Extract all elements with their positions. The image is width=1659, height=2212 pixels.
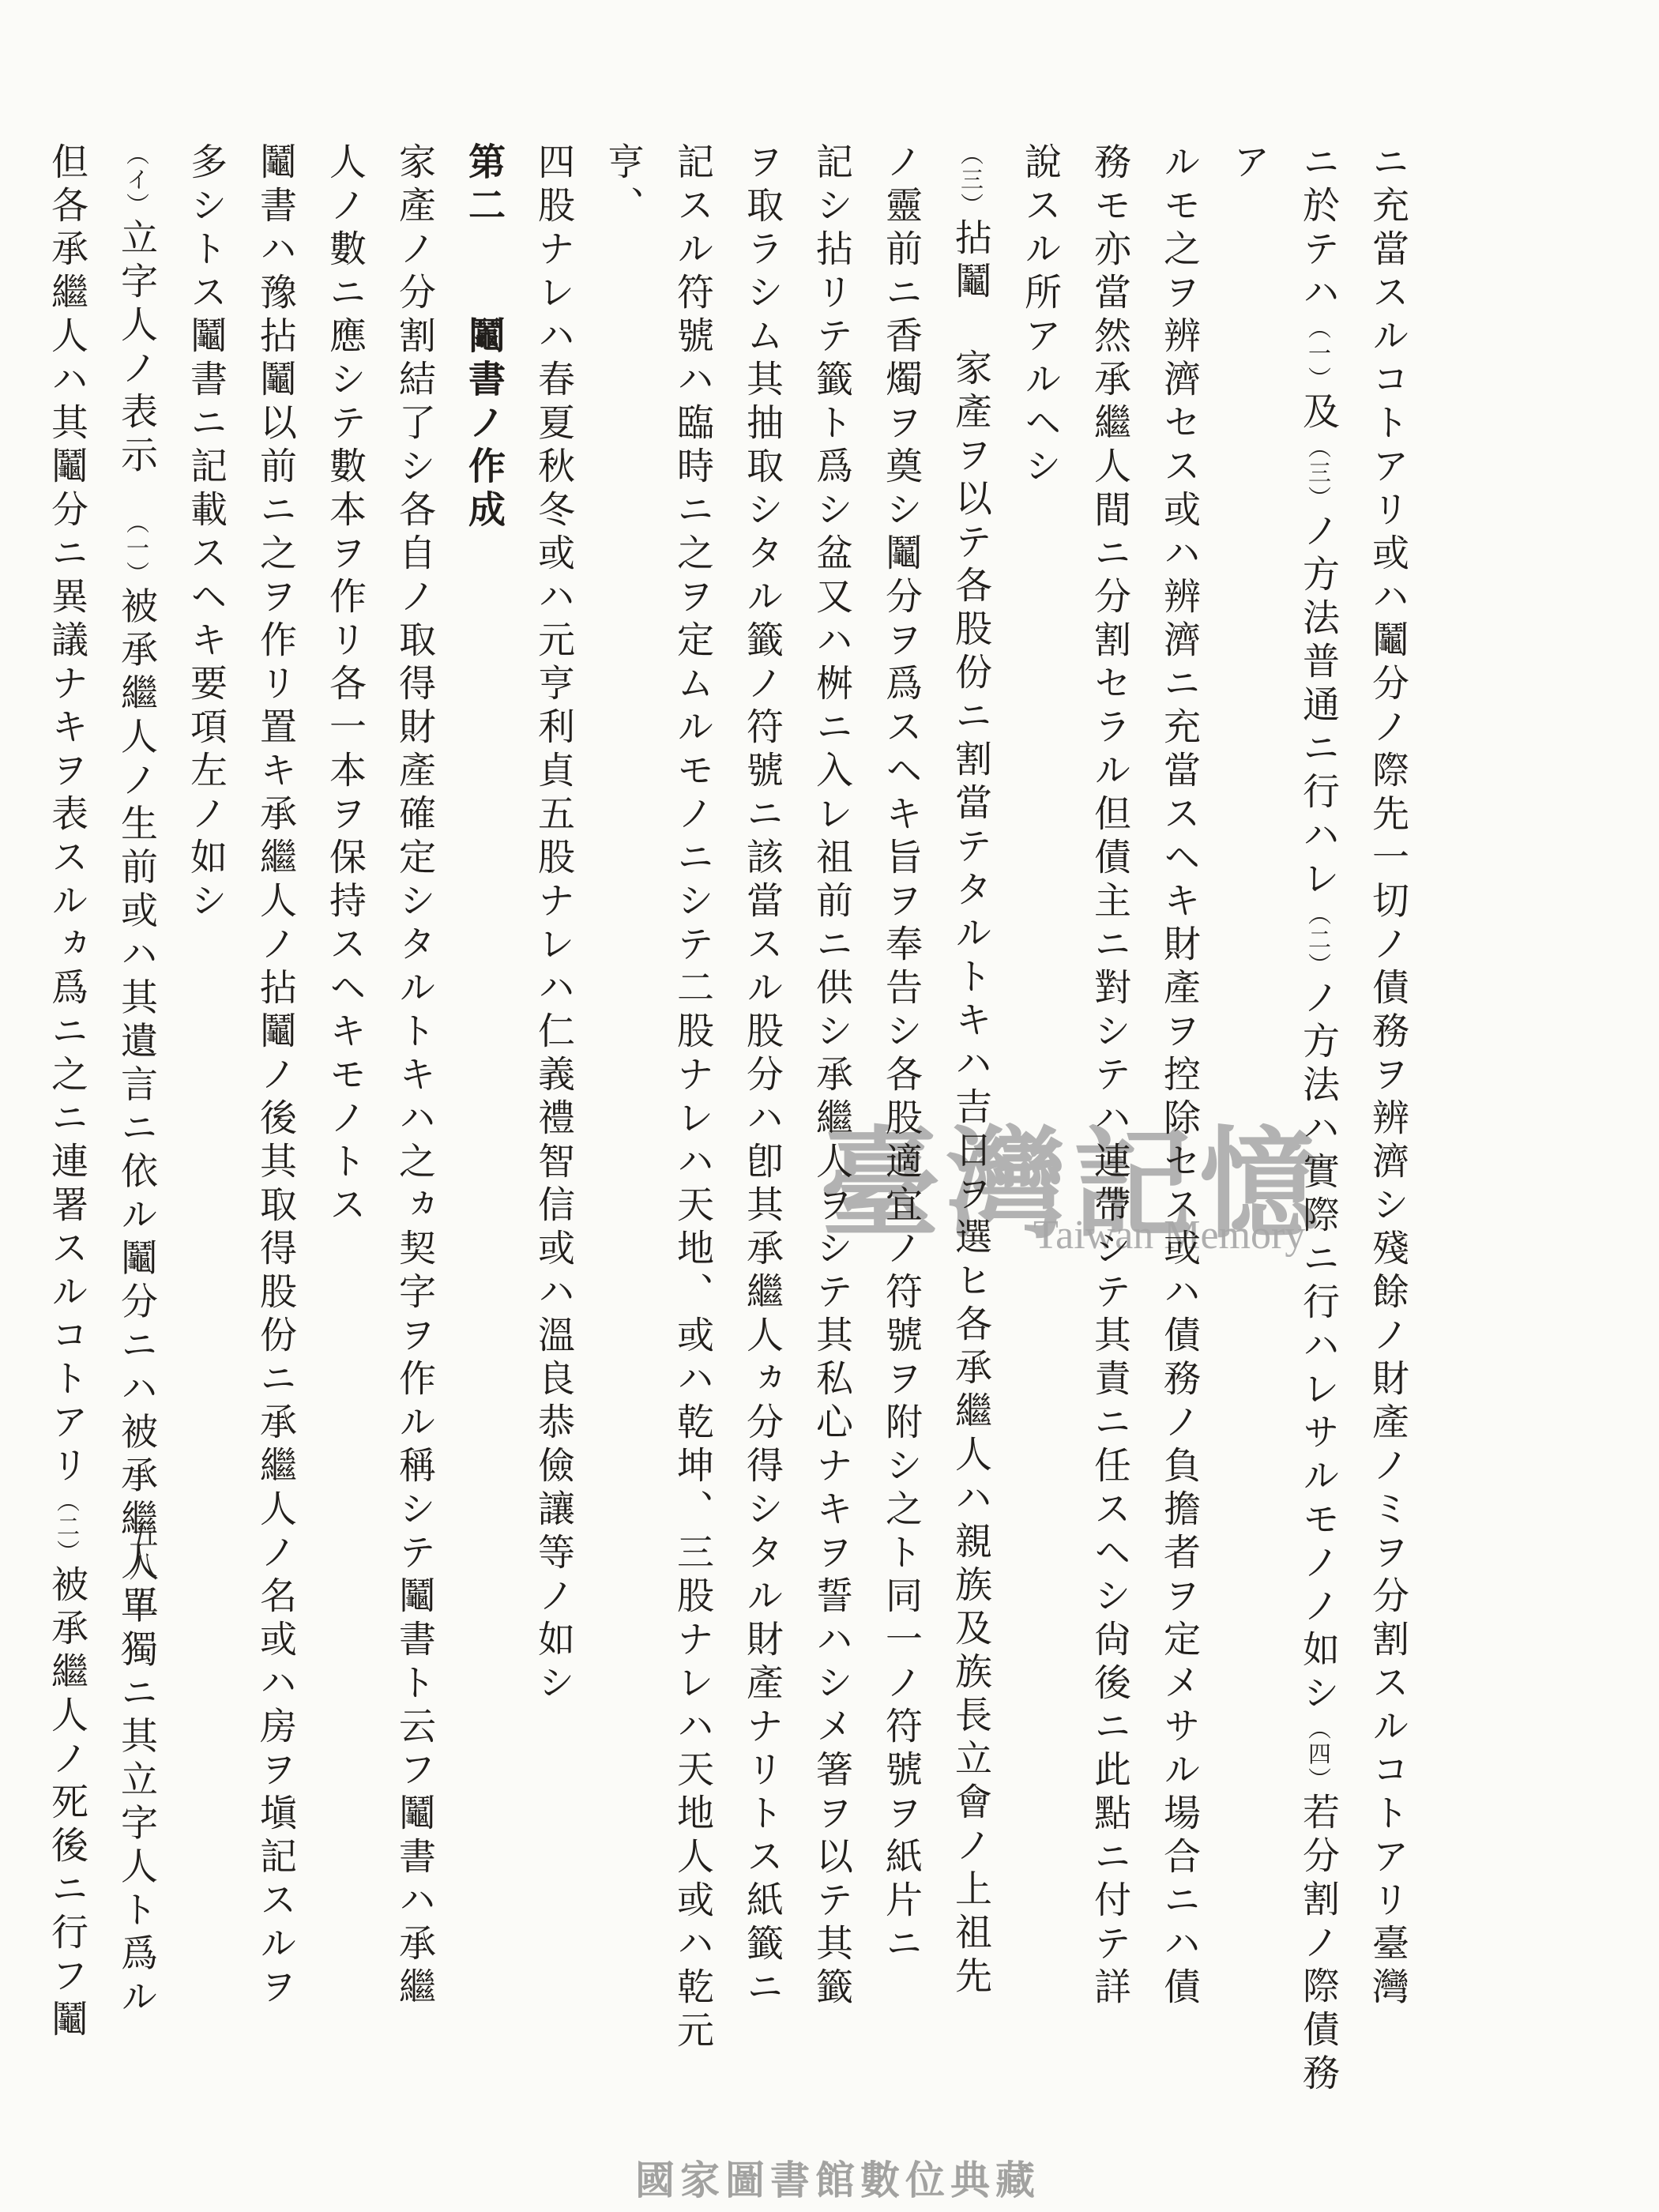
text-columns: ニ充當スルコトアリ或ハ鬮分ノ際先一切ノ債務ヲ辨濟シ殘餘ノ財產ノミヲ分割スルコトア…: [32, 142, 1422, 2117]
text-column: 記スル符號ハ臨時ニ之ヲ定ムルモノニシテ二股ナレハ天地、或ハ乾坤、三股ナレハ天地人…: [588, 142, 727, 2117]
text-column: 人ノ數ニ應シテ數本ヲ作リ各一本ヲ保持スヘキモノトス: [310, 142, 379, 2117]
item-number: （三）: [1305, 435, 1330, 511]
footer-caption: 國家圖書館數位典藏: [635, 2149, 1040, 2206]
text-column: （三）拈鬮 家產ヲ以テ各股份ニ割當テタルトキハ吉日ヲ選ヒ各承繼人ハ親族及族長立會…: [935, 142, 1005, 2117]
text-column: ヲ取ラシム其抽取シタル籤ノ符號ニ該當スル股分ハ卽其承繼人ヵ分得シタル財產ナリトス…: [727, 142, 796, 2117]
item-number: （一）: [123, 522, 149, 587]
text-column: （イ）立字人ノ表示 （一）被承繼人ノ生前或ハ其遺言ニ依ル鬮分ニハ被承繼人單獨ニ其…: [101, 142, 171, 2117]
item-number: （二）: [54, 1489, 79, 1565]
text-column: 家產ノ分割結了シ各自ノ取得財產確定シタルトキハ之ヵ契字ヲ作ル稱シテ鬮書ト云フ鬮書…: [379, 142, 449, 2117]
page-number: 五八五: [118, 1518, 161, 1618]
text-column: 多シトス鬮書ニ記載スヘキ要項左ノ如シ: [171, 142, 240, 2117]
text-column: ニ於テハ（一）及（三）ノ方法普通ニ行ハレ（二）ノ方法ハ實際ニ行ハレサルモノノ如シ…: [1213, 142, 1352, 2117]
text-column: 鬮書ハ豫拈鬮以前ニ之ヲ作リ置キ承繼人ノ拈鬮ノ後其取得股份ニ承繼人ノ名或ハ房ヲ塡記…: [240, 142, 310, 2117]
item-number: （二）: [1305, 902, 1330, 978]
text-column: ニ充當スルコトアリ或ハ鬮分ノ際先一切ノ債務ヲ辨濟シ殘餘ノ財產ノミヲ分割スルコトア…: [1352, 142, 1422, 2117]
text-column: ルモ之ヲ辨濟セス或ハ辨濟ニ充當スヘキ財產ヲ控除セス或ハ債務ノ負擔者ヲ定メサル場合…: [1144, 142, 1213, 2117]
item-number: （一）: [1305, 316, 1330, 392]
text-column: 務モ亦當然承繼人間ニ分割セラル但債主ニ對シテハ連帶シテ其責ニ任スヘシ尙後ニ此點ニ…: [1074, 142, 1144, 2117]
item-number: （イ）: [123, 142, 149, 218]
text-column: 四股ナレハ春夏秋冬或ハ元亨利貞五股ナレハ仁義禮智信或ハ溫良恭儉讓等ノ如シ: [518, 142, 588, 2117]
text-column: 說スル所アルヘシ: [1005, 142, 1074, 2117]
text-column: 但各承繼人ハ其鬮分ニ異議ナキヲ表スルヵ爲ニ之ニ連署スルコトアリ（二）被承繼人ノ死…: [32, 142, 101, 2117]
text-column: ノ靈前ニ香燭ヲ奠シ鬮分ヲ爲スヘキ旨ヲ奉告シ各股適宜ノ符號ヲ附シ之ト同一ノ符號ヲ紙…: [866, 142, 935, 2117]
text-column: 記シ拈リテ籤ト爲シ盆又ハ桝ニ入レ祖前ニ供シ承繼人ヲシテ其私心ナキヲ誓ハシメ箸ヲ以…: [796, 142, 866, 2117]
section-heading-column: 第二 鬮書ノ作成: [449, 142, 518, 2117]
document-page: 臺灣記憶 Taiwan Memory ニ充當スルコトアリ或ハ鬮分ノ際先一切ノ債務…: [0, 0, 1659, 2212]
item-number: （三）: [957, 142, 983, 218]
item-number: （四）: [1305, 1717, 1330, 1793]
